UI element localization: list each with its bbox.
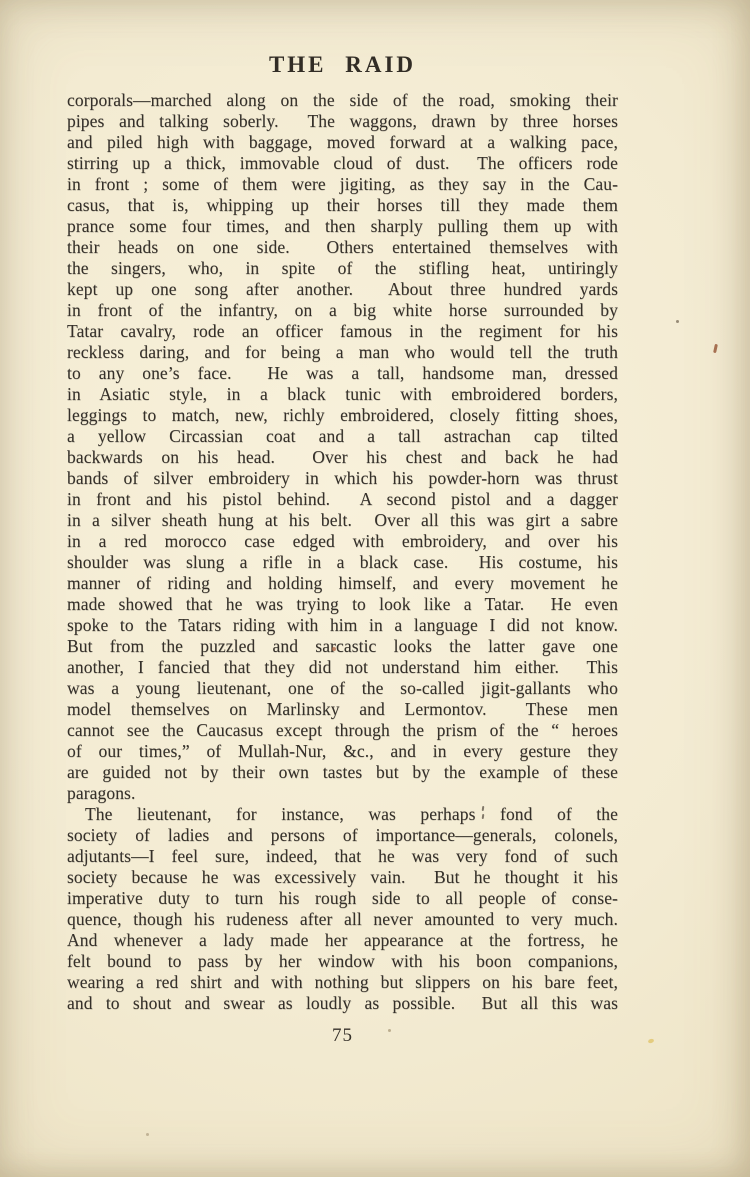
text-line: in a silver sheath hung at his belt. Ove… [67,510,618,531]
text-line: casus, that is, whipping up their horses… [67,195,618,216]
text-line: The lieutenant, for instance, was perhap… [67,804,618,825]
ink-speck [676,320,679,323]
text-line: in front and his pistol behind. A second… [67,489,618,510]
text-line: manner of riding and holding himself, an… [67,573,618,594]
ink-speck [713,344,718,353]
text-line: quence, though his rudeness after all ne… [67,909,618,930]
ink-speck [146,1133,149,1136]
text-line: corporals—marched along on the side of t… [67,90,618,111]
text-line: reckless daring, and for being a man who… [67,342,618,363]
text-line: in a red morocco case edged with embroid… [67,531,618,552]
text-line: adjutants—I feel sure, indeed, that he w… [67,846,618,867]
text-line: pipes and talking soberly. The waggons, … [67,111,618,132]
text-line: their heads on one side. Others entertai… [67,237,618,258]
text-line: shoulder was slung a rifle in a black ca… [67,552,618,573]
text-line: leggings to match, new, richly embroider… [67,405,618,426]
text-line: spoke to the Tatars riding with him in a… [67,615,618,636]
text-line: cannot see the Caucasus except through t… [67,720,618,741]
text-line: and piled high with baggage, moved forwa… [67,132,618,153]
text-line: was a young lieutenant, one of the so-ca… [67,678,618,699]
text-line: of our times,” of Mullah-Nur, &c., and i… [67,741,618,762]
text-line: bands of silver embroidery in which his … [67,468,618,489]
text-line: paragons. [67,783,618,804]
text-line: the singers, who, in spite of the stifli… [67,258,618,279]
text-line: model themselves on Marlinsky and Lermon… [67,699,618,720]
text-line: made showed that he was trying to look l… [67,594,618,615]
page-title: THE RAID [67,52,618,78]
text-line: prance some four times, and then sharply… [67,216,618,237]
text-line: are guided not by their own tastes but b… [67,762,618,783]
text-line: in front of the infantry, on a big white… [67,300,618,321]
text-line: Tatar cavalry, rode an officer famous in… [67,321,618,342]
text-line: to any one’s face. He was a tall, handso… [67,363,618,384]
text-line: in Asiatic style, in a black tunic with … [67,384,618,405]
text-line: a yellow Circassian coat and a tall astr… [67,426,618,447]
paper-stain [647,1038,654,1044]
text-line: and to shout and swear as loudly as poss… [67,993,618,1014]
text-line: society of ladies and persons of importa… [67,825,618,846]
text-line: kept up one song after another. About th… [67,279,618,300]
text-line: backwards on his head. Over his chest an… [67,447,618,468]
text-line: another, I fancied that they did not und… [67,657,618,678]
text-line: wearing a red shirt and with nothing but… [67,972,618,993]
text-line: But from the puzzled and sarcastic looks… [67,636,618,657]
text-line: stirring up a thick, immovable cloud of … [67,153,618,174]
text-line: imperative duty to turn his rough side t… [67,888,618,909]
book-page-scan: THE RAID corporals—marched along on the … [0,0,750,1177]
text-line: in front ; some of them were jigiting, a… [67,174,618,195]
text-line: And whenever a lady made her appearance … [67,930,618,951]
body-text: corporals—marched along on the side of t… [67,90,618,1014]
text-line: felt bound to pass by her window with hi… [67,951,618,972]
text-line: society because he was excessively vain.… [67,867,618,888]
page-number: 75 [67,1025,618,1047]
